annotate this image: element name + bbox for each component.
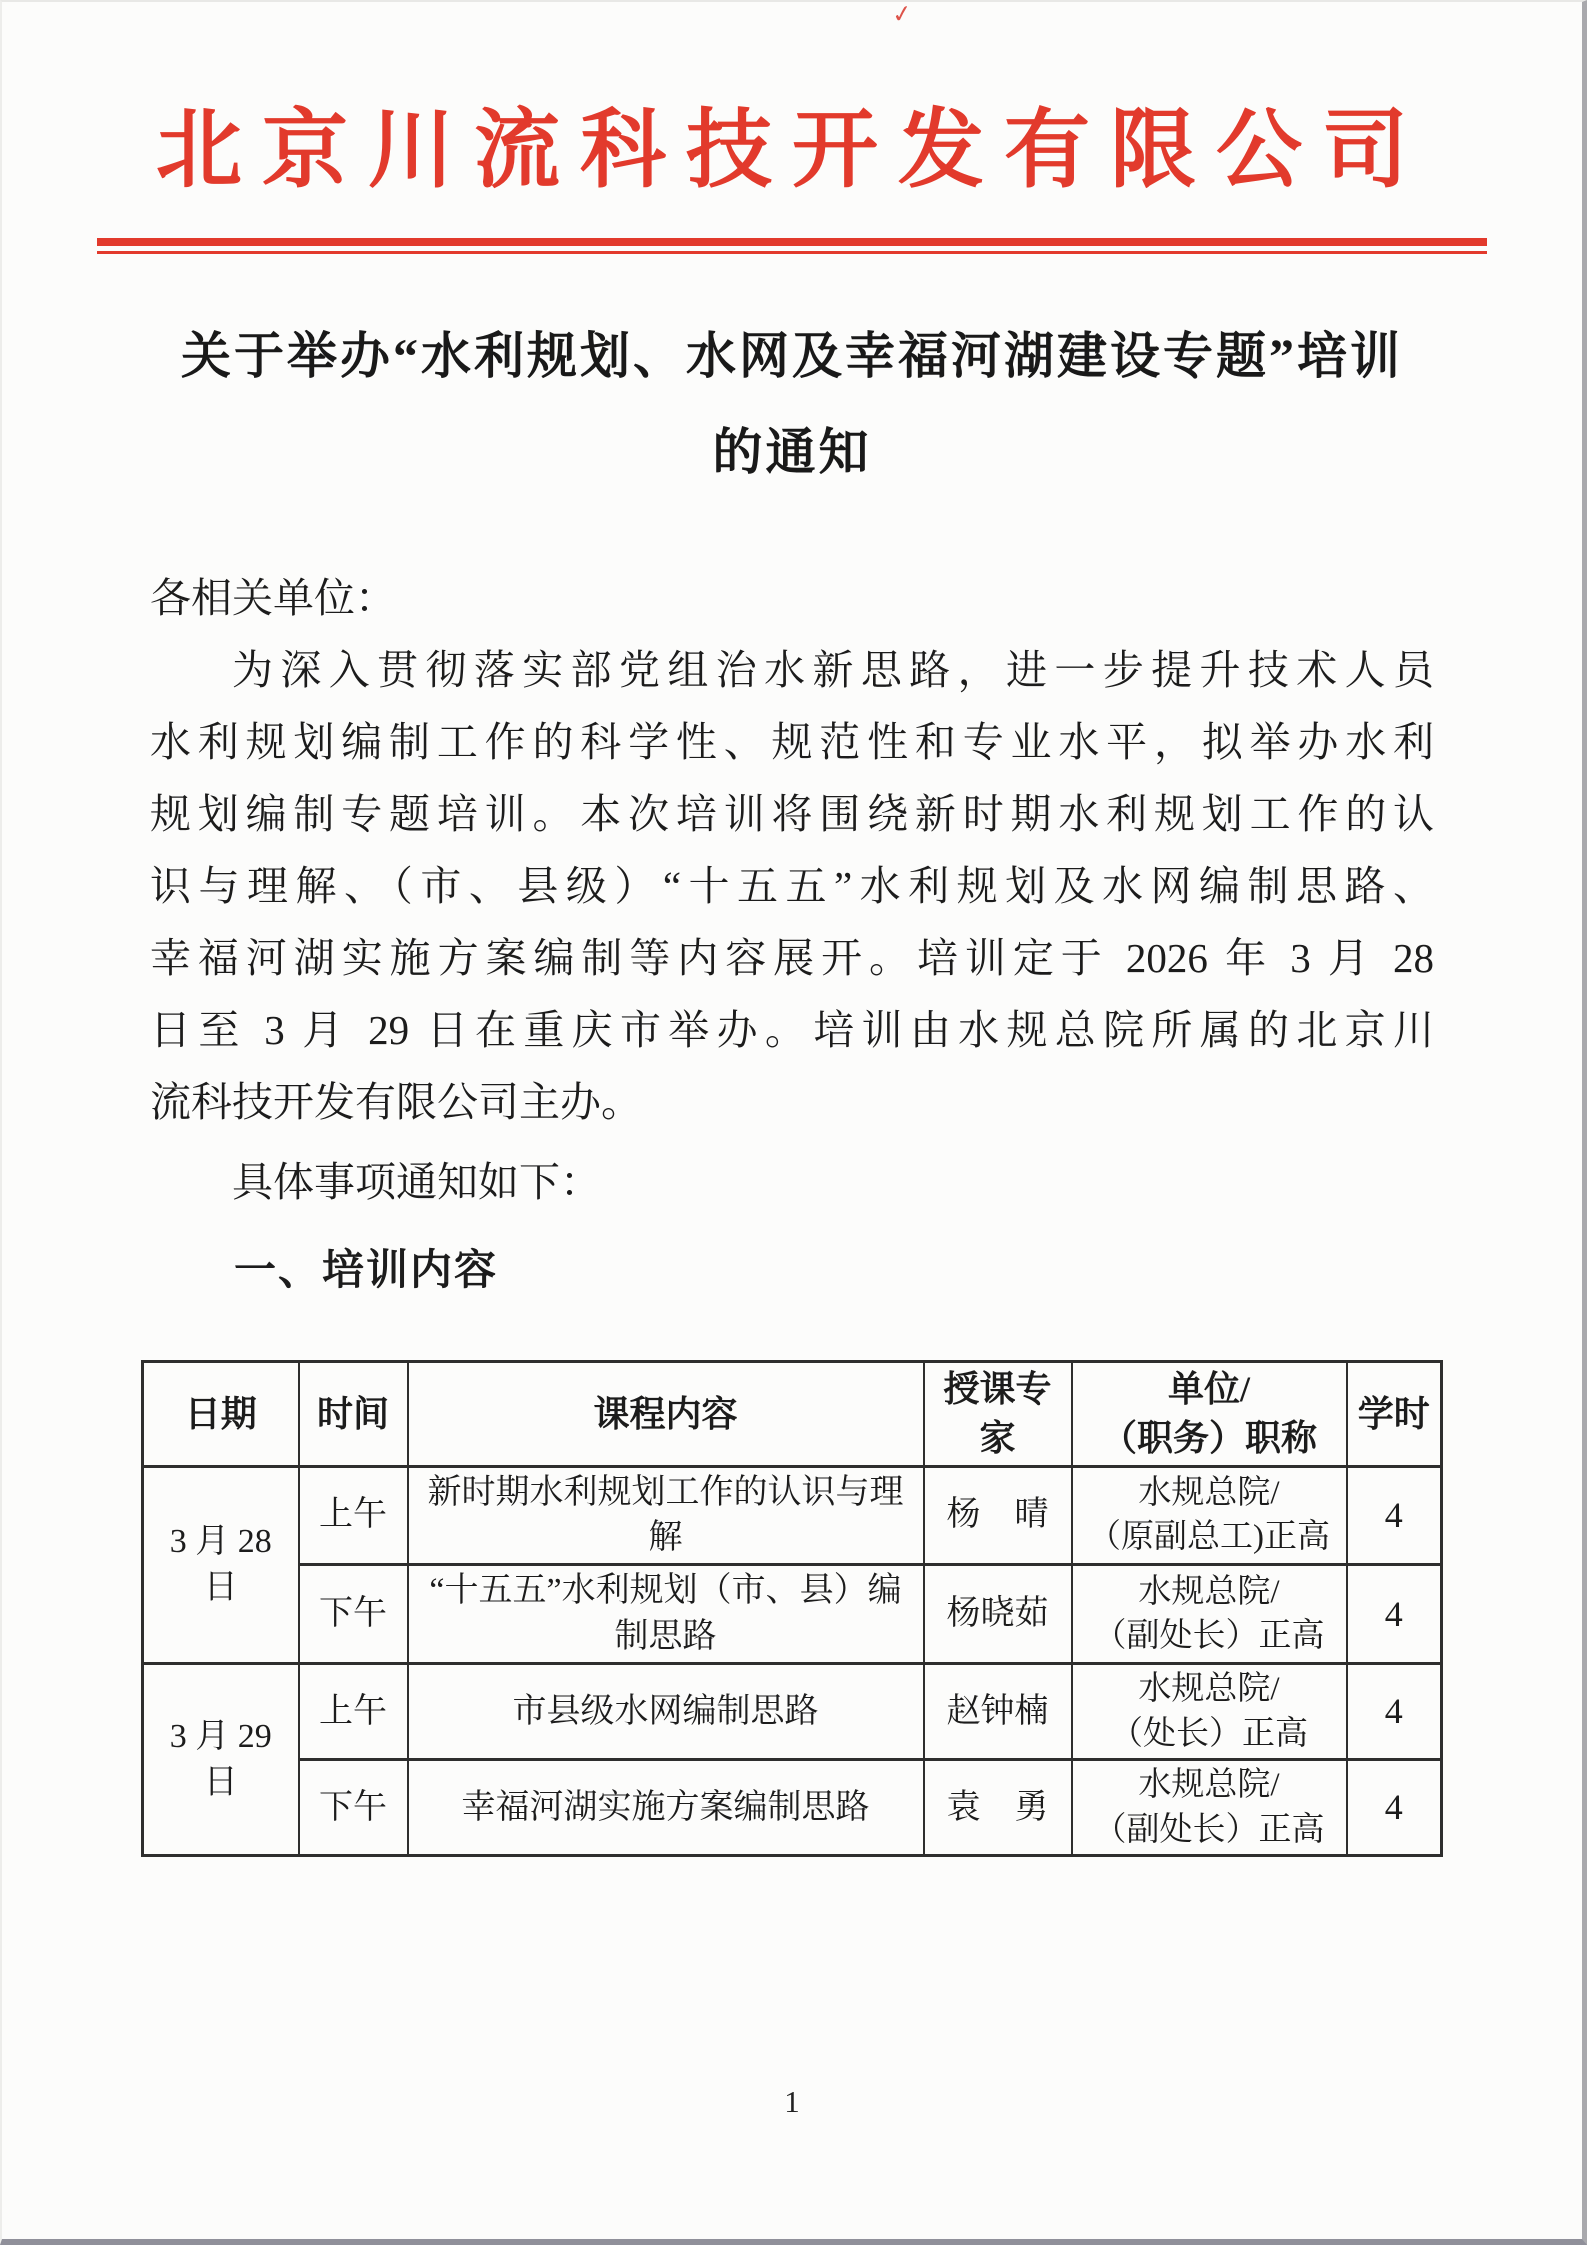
notice-title-line-1: 关于举办“水利规划、水网及幸福河湖建设专题”培训	[2, 308, 1582, 404]
cell-course: “十五五”水利规划（市、县）编制思路	[408, 1565, 924, 1664]
body-line: 幸福河湖实施方案编制等内容展开。培训定于 2026 年 3 月 28	[150, 922, 1434, 994]
cell-unit-line-2: （处长）正高	[1079, 1712, 1340, 1757]
cell-expert: 杨 晴	[924, 1466, 1072, 1565]
training-schedule-table: 日期 时间 课程内容 授课专家 单位/ （职务）职称 学时 3 月 28 日 上…	[141, 1360, 1443, 1857]
body-line: 规划编制专题培训。本次培训将围绕新时期水利规划工作的认	[150, 778, 1434, 850]
header-course: 课程内容	[408, 1362, 924, 1466]
table-row: 3 月 29 日 上午 市县级水网编制思路 赵钟楠 水规总院/ （处长）正高 4	[143, 1664, 1442, 1760]
cell-time: 下午	[299, 1760, 408, 1856]
table-header-row: 日期 时间 课程内容 授课专家 单位/ （职务）职称 学时	[143, 1362, 1442, 1466]
notice-body: 各相关单位： 为深入贯彻落实部党组治水新思路，进一步提升技术人员 水利规划编制工…	[150, 562, 1434, 1306]
cell-unit-line-2: （副处长）正高	[1079, 1808, 1340, 1853]
cell-hours: 4	[1347, 1466, 1442, 1565]
header-unit: 单位/ （职务）职称	[1072, 1362, 1347, 1466]
cell-time: 上午	[299, 1466, 408, 1565]
document-page: ✓ 北京川流科技开发有限公司 关于举办“水利规划、水网及幸福河湖建设专题”培训 …	[0, 0, 1587, 2245]
cell-unit-line-2: （副处长）正高	[1079, 1614, 1340, 1659]
header-expert: 授课专家	[924, 1362, 1072, 1466]
body-line: 识与理解、（市、县级）“十五五”水利规划及水网编制思路、	[150, 850, 1434, 922]
cell-expert: 杨晓茹	[924, 1565, 1072, 1664]
letterhead-divider-thin-line	[97, 251, 1487, 254]
cell-date: 3 月 29 日	[143, 1664, 299, 1856]
header-unit-line-2: （职务）职称	[1079, 1414, 1340, 1463]
cell-unit-line-2: （原副总工)正高	[1079, 1515, 1340, 1560]
body-line: 水利规划编制工作的科学性、规范性和专业水平，拟举办水利	[150, 706, 1434, 778]
cell-date: 3 月 28 日	[143, 1466, 299, 1664]
cell-time: 下午	[299, 1565, 408, 1664]
cell-expert: 赵钟楠	[924, 1664, 1072, 1760]
cell-hours: 4	[1347, 1565, 1442, 1664]
cell-unit: 水规总院/ （副处长）正高	[1072, 1760, 1347, 1856]
notice-title-line-2: 的通知	[2, 404, 1582, 500]
cell-unit-line-1: 水规总院/	[1079, 1570, 1340, 1615]
cell-unit: 水规总院/ （处长）正高	[1072, 1664, 1347, 1760]
cell-unit-line-1: 水规总院/	[1079, 1763, 1340, 1808]
page-number: 1	[2, 2084, 1582, 2120]
cell-unit-line-1: 水规总院/	[1079, 1667, 1340, 1712]
cell-course: 市县级水网编制思路	[408, 1664, 924, 1760]
table-row: 下午 “十五五”水利规划（市、县）编制思路 杨晓茹 水规总院/ （副处长）正高 …	[143, 1565, 1442, 1664]
cell-hours: 4	[1347, 1760, 1442, 1856]
body-line: 为深入贯彻落实部党组治水新思路，进一步提升技术人员	[150, 634, 1434, 706]
cell-unit: 水规总院/ （副处长）正高	[1072, 1565, 1347, 1664]
notice-title: 关于举办“水利规划、水网及幸福河湖建设专题”培训 的通知	[2, 308, 1582, 500]
cell-unit-line-1: 水规总院/	[1079, 1471, 1340, 1516]
letterhead-divider	[2, 238, 1582, 254]
cell-course: 新时期水利规划工作的认识与理解	[408, 1466, 924, 1565]
section-heading-training-content: 一、培训内容	[150, 1234, 1434, 1306]
cell-time: 上午	[299, 1664, 408, 1760]
header-hours: 学时	[1347, 1362, 1442, 1466]
letterhead-divider-thick-line	[97, 238, 1487, 246]
cell-hours: 4	[1347, 1664, 1442, 1760]
red-check-mark-icon: ✓	[890, 1, 913, 28]
cell-expert: 袁 勇	[924, 1760, 1072, 1856]
header-date: 日期	[143, 1362, 299, 1466]
table-row: 下午 幸福河湖实施方案编制思路 袁 勇 水规总院/ （副处长）正高 4	[143, 1760, 1442, 1856]
table-row: 3 月 28 日 上午 新时期水利规划工作的认识与理解 杨 晴 水规总院/ （原…	[143, 1466, 1442, 1565]
header-unit-line-1: 单位/	[1079, 1365, 1340, 1414]
body-line: 流科技开发有限公司主办。	[150, 1066, 1434, 1138]
salutation: 各相关单位：	[150, 562, 1434, 634]
cell-course: 幸福河湖实施方案编制思路	[408, 1760, 924, 1856]
header-time: 时间	[299, 1362, 408, 1466]
followup-line: 具体事项通知如下：	[150, 1146, 1434, 1218]
cell-unit: 水规总院/ （原副总工)正高	[1072, 1466, 1347, 1565]
letterhead-company-title: 北京川流科技开发有限公司	[2, 102, 1582, 198]
body-line: 日至 3 月 29 日在重庆市举办。培训由水规总院所属的北京川	[150, 994, 1434, 1066]
